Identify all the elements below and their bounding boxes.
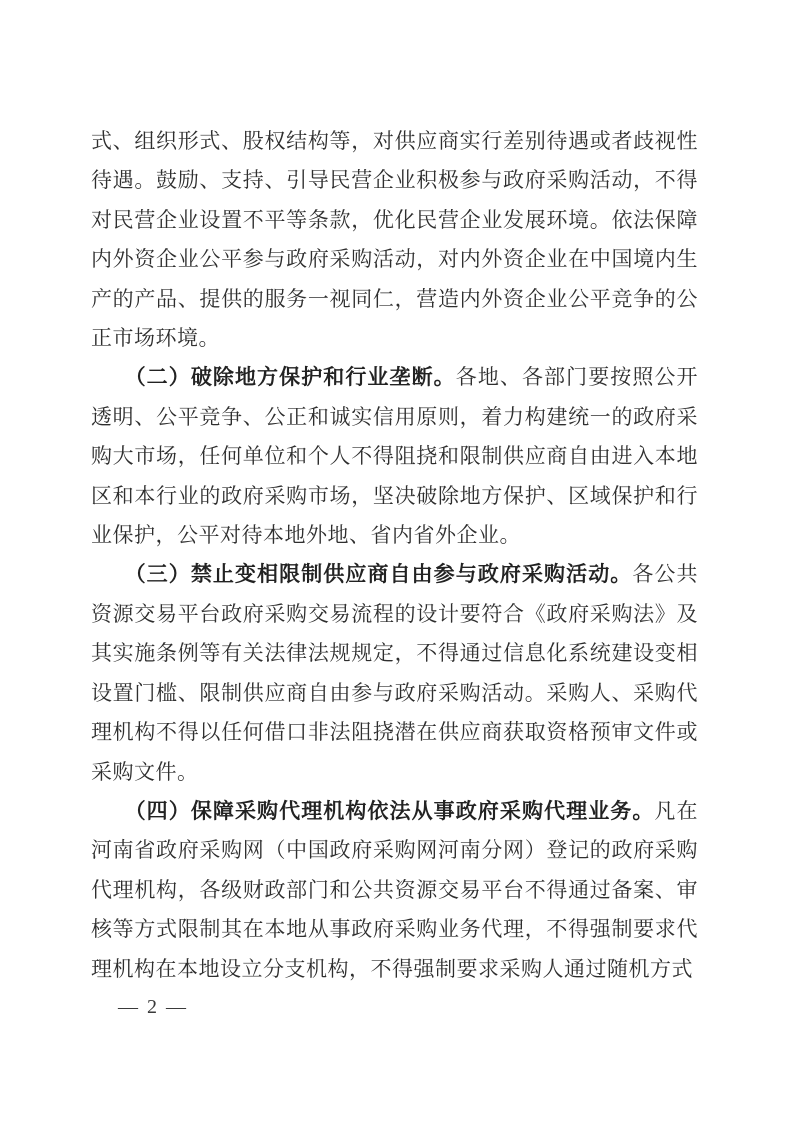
page-number: — 2 — xyxy=(118,996,188,1018)
paragraph-section-4: （四）保障采购代理机构依法从事政府采购代理业务。凡在河南省政府采购网（中国政府采… xyxy=(91,792,698,989)
document-page: 式、组织形式、股权结构等，对供应商实行差别待遇或者歧视性待遇。鼓励、支持、引导民… xyxy=(0,0,793,1122)
section-heading: （二）破除地方保护和行业垄断。 xyxy=(125,365,456,389)
paragraph-section-3: （三）禁止变相限制供应商自由参与政府采购活动。各公共资源交易平台政府采购交易流程… xyxy=(91,555,698,791)
paragraph-section-2: （二）破除地方保护和行业垄断。各地、各部门要按照公开透明、公平竞争、公正和诚实信… xyxy=(91,358,698,555)
section-heading: （三）禁止变相限制供应商自由参与政府采购活动。 xyxy=(125,562,633,586)
page-footer: — 2 — xyxy=(118,996,188,1019)
paragraph-text: 凡在河南省政府采购网（中国政府采购网河南分网）登记的政府采购代理机构，各级财政部… xyxy=(91,799,698,981)
section-heading: （四）保障采购代理机构依法从事政府采购代理业务。 xyxy=(125,799,655,823)
document-body: 式、组织形式、股权结构等，对供应商实行差别待遇或者歧视性待遇。鼓励、支持、引导民… xyxy=(91,122,698,989)
paragraph-continuation: 式、组织形式、股权结构等，对供应商实行差别待遇或者歧视性待遇。鼓励、支持、引导民… xyxy=(91,122,698,358)
paragraph-text: 式、组织形式、股权结构等，对供应商实行差别待遇或者歧视性待遇。鼓励、支持、引导民… xyxy=(91,129,698,350)
paragraph-text: 各地、各部门要按照公开透明、公平竞争、公正和诚实信用原则，着力构建统一的政府采购… xyxy=(91,365,698,547)
paragraph-text: 各公共资源交易平台政府采购交易流程的设计要符合《政府采购法》及其实施条例等有关法… xyxy=(91,562,698,783)
